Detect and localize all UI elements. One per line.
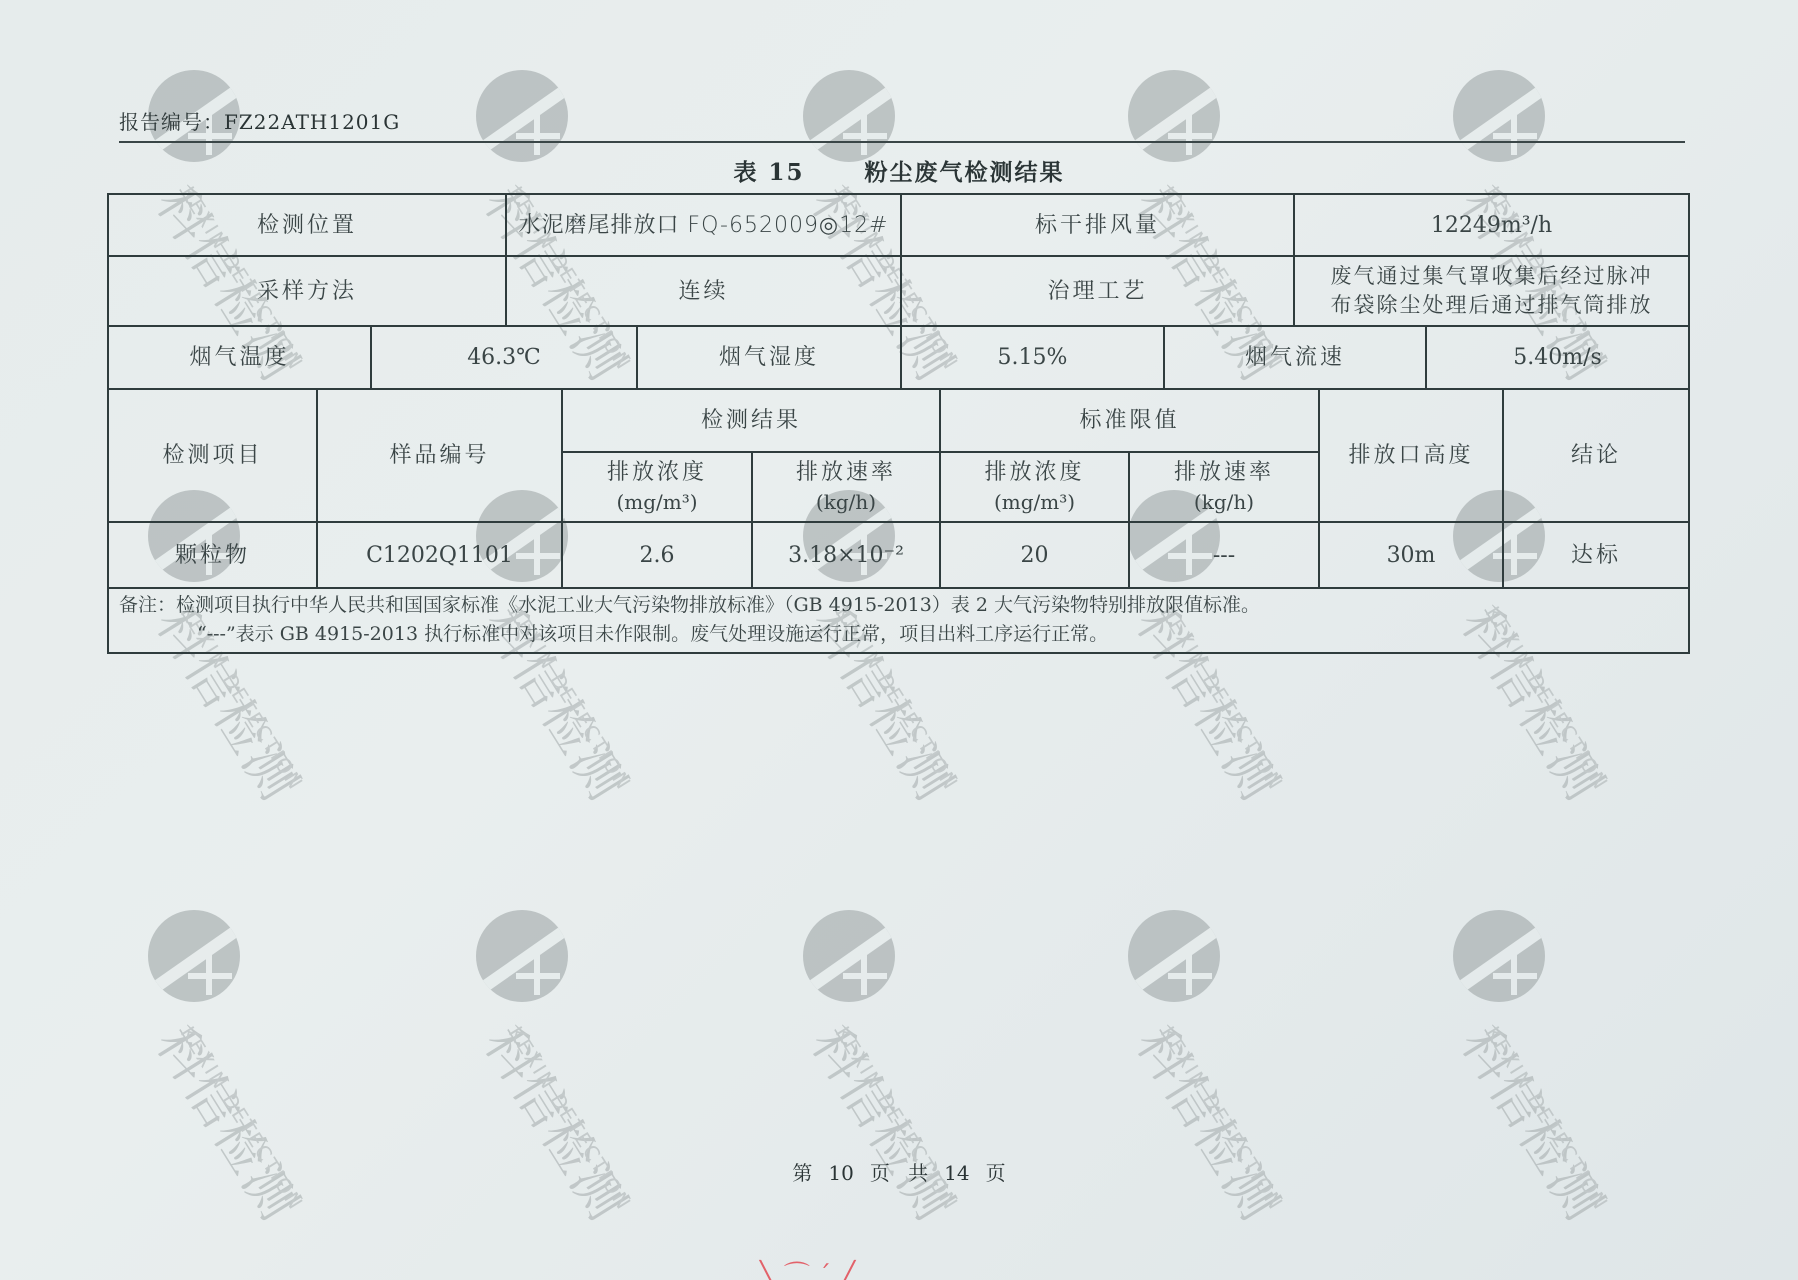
page-number: 10 [828, 1161, 853, 1185]
row-item: 颗粒物 [109, 523, 318, 589]
watermark-cn: 科信检测 [797, 1010, 975, 1233]
row-result-conc: 2.6 [563, 523, 753, 589]
page-middle: 页 共 [870, 1161, 928, 1185]
page-total: 14 [944, 1161, 969, 1185]
airflow-label: 标干排风量 [902, 195, 1295, 257]
header-divider [119, 141, 1685, 143]
col-limit-rate-label: 排放速率 [1174, 458, 1274, 489]
watermark-logo-icon [148, 910, 240, 1002]
red-stamp-fragment: ╲ ⌒ ˊ ╱ [760, 1255, 1020, 1280]
col-limit-rate-unit: (kg/h) [1194, 488, 1254, 516]
velocity-value: 5.40m/s [1427, 327, 1690, 390]
col-limit-conc-label: 排放浓度 [984, 458, 1084, 489]
page-prefix: 第 [792, 1161, 812, 1185]
process-value-line1: 废气通过集气罩收集后经过脉冲 [1331, 262, 1653, 291]
watermark-logo-icon [803, 70, 895, 162]
col-result-rate-unit: (kg/h) [816, 488, 876, 516]
remarks-line1: 备注：检测项目执行中华人民共和国国家标准《水泥工业大气污染物排放标准》（GB 4… [119, 591, 1678, 620]
row-height: 30m [1320, 523, 1504, 589]
watermark-logo-icon [1453, 910, 1545, 1002]
remarks: 备注：检测项目执行中华人民共和国国家标准《水泥工业大气污染物排放标准》（GB 4… [107, 587, 1690, 654]
col-result-conc-unit: (mg/m³) [616, 488, 697, 516]
report-number: 报告编号：FZ22ATH1201G [119, 106, 400, 135]
process-value: 废气通过集气罩收集后经过脉冲 布袋除尘处理后通过排气筒排放 [1295, 257, 1690, 327]
col-result-conc-label: 排放浓度 [607, 458, 707, 489]
row-result-rate: 3.18×10⁻² [753, 523, 941, 589]
watermark-cn: 科信检测 [1447, 1010, 1625, 1233]
watermark-cn: 科信检测 [142, 1010, 320, 1233]
humidity-label: 烟气湿度 [638, 327, 902, 390]
col-limit-conc-unit: (mg/m³) [994, 488, 1075, 516]
col-limit-conc: 排放浓度 (mg/m³) [941, 453, 1130, 523]
col-result-rate: 排放速率 (kg/h) [753, 453, 941, 523]
sampling-label: 采样方法 [109, 257, 507, 327]
watermark-cn: 科信检测 [470, 1010, 648, 1233]
airflow-value: 12249m³/h [1295, 195, 1690, 257]
location-label: 检测位置 [109, 195, 507, 257]
humidity-value: 5.15% [902, 327, 1165, 390]
row-limit-conc: 20 [941, 523, 1130, 589]
table-title: 表 15粉尘废气检测结果 [0, 154, 1798, 187]
col-sample-id: 样品编号 [318, 390, 563, 523]
page-footer: 第10页 共14页 [0, 1157, 1798, 1186]
watermark-logo-icon [476, 70, 568, 162]
row-limit-rate: --- [1130, 523, 1320, 589]
col-height: 排放口高度 [1320, 390, 1504, 523]
col-conclusion: 结论 [1504, 390, 1690, 523]
col-limit-rate: 排放速率 (kg/h) [1130, 453, 1320, 523]
location-value: 水泥磨尾排放口 FQ-652009◎12# [507, 195, 902, 257]
table-number: 表 15 [733, 159, 804, 186]
velocity-label: 烟气流速 [1165, 327, 1427, 390]
remarks-line2: “---”表示 GB 4915-2013 执行标准中对该项目未作限制。废气处理设… [119, 620, 1678, 649]
col-result-rate-label: 排放速率 [796, 458, 896, 489]
row-conclusion: 达标 [1504, 523, 1690, 589]
watermark-logo-icon [476, 910, 568, 1002]
results-table: 检测位置 水泥磨尾排放口 FQ-652009◎12# 标干排风量 12249m³… [107, 193, 1690, 654]
col-item: 检测项目 [109, 390, 318, 523]
col-limit-group: 标准限值 [941, 390, 1320, 453]
watermark-cn: 科信检测 [1122, 1010, 1300, 1233]
watermark-logo-icon [1128, 910, 1220, 1002]
watermark-logo-icon [1453, 70, 1545, 162]
watermark-logo-icon [803, 910, 895, 1002]
report-number-value: FZ22ATH1201G [224, 110, 400, 134]
page-suffix: 页 [986, 1161, 1006, 1185]
table-title-text: 粉尘废气检测结果 [865, 159, 1065, 186]
temp-value: 46.3℃ [372, 327, 638, 390]
sampling-value: 连续 [507, 257, 902, 327]
temp-label: 烟气温度 [109, 327, 372, 390]
process-label: 治理工艺 [902, 257, 1295, 327]
watermark-logo-icon [1128, 70, 1220, 162]
col-result-conc: 排放浓度 (mg/m³) [563, 453, 753, 523]
col-result-group: 检测结果 [563, 390, 941, 453]
report-number-label: 报告编号： [119, 110, 224, 134]
process-value-line2: 布袋除尘处理后通过排气筒排放 [1331, 291, 1653, 320]
row-sample-id: C1202Q1101 [318, 523, 563, 589]
